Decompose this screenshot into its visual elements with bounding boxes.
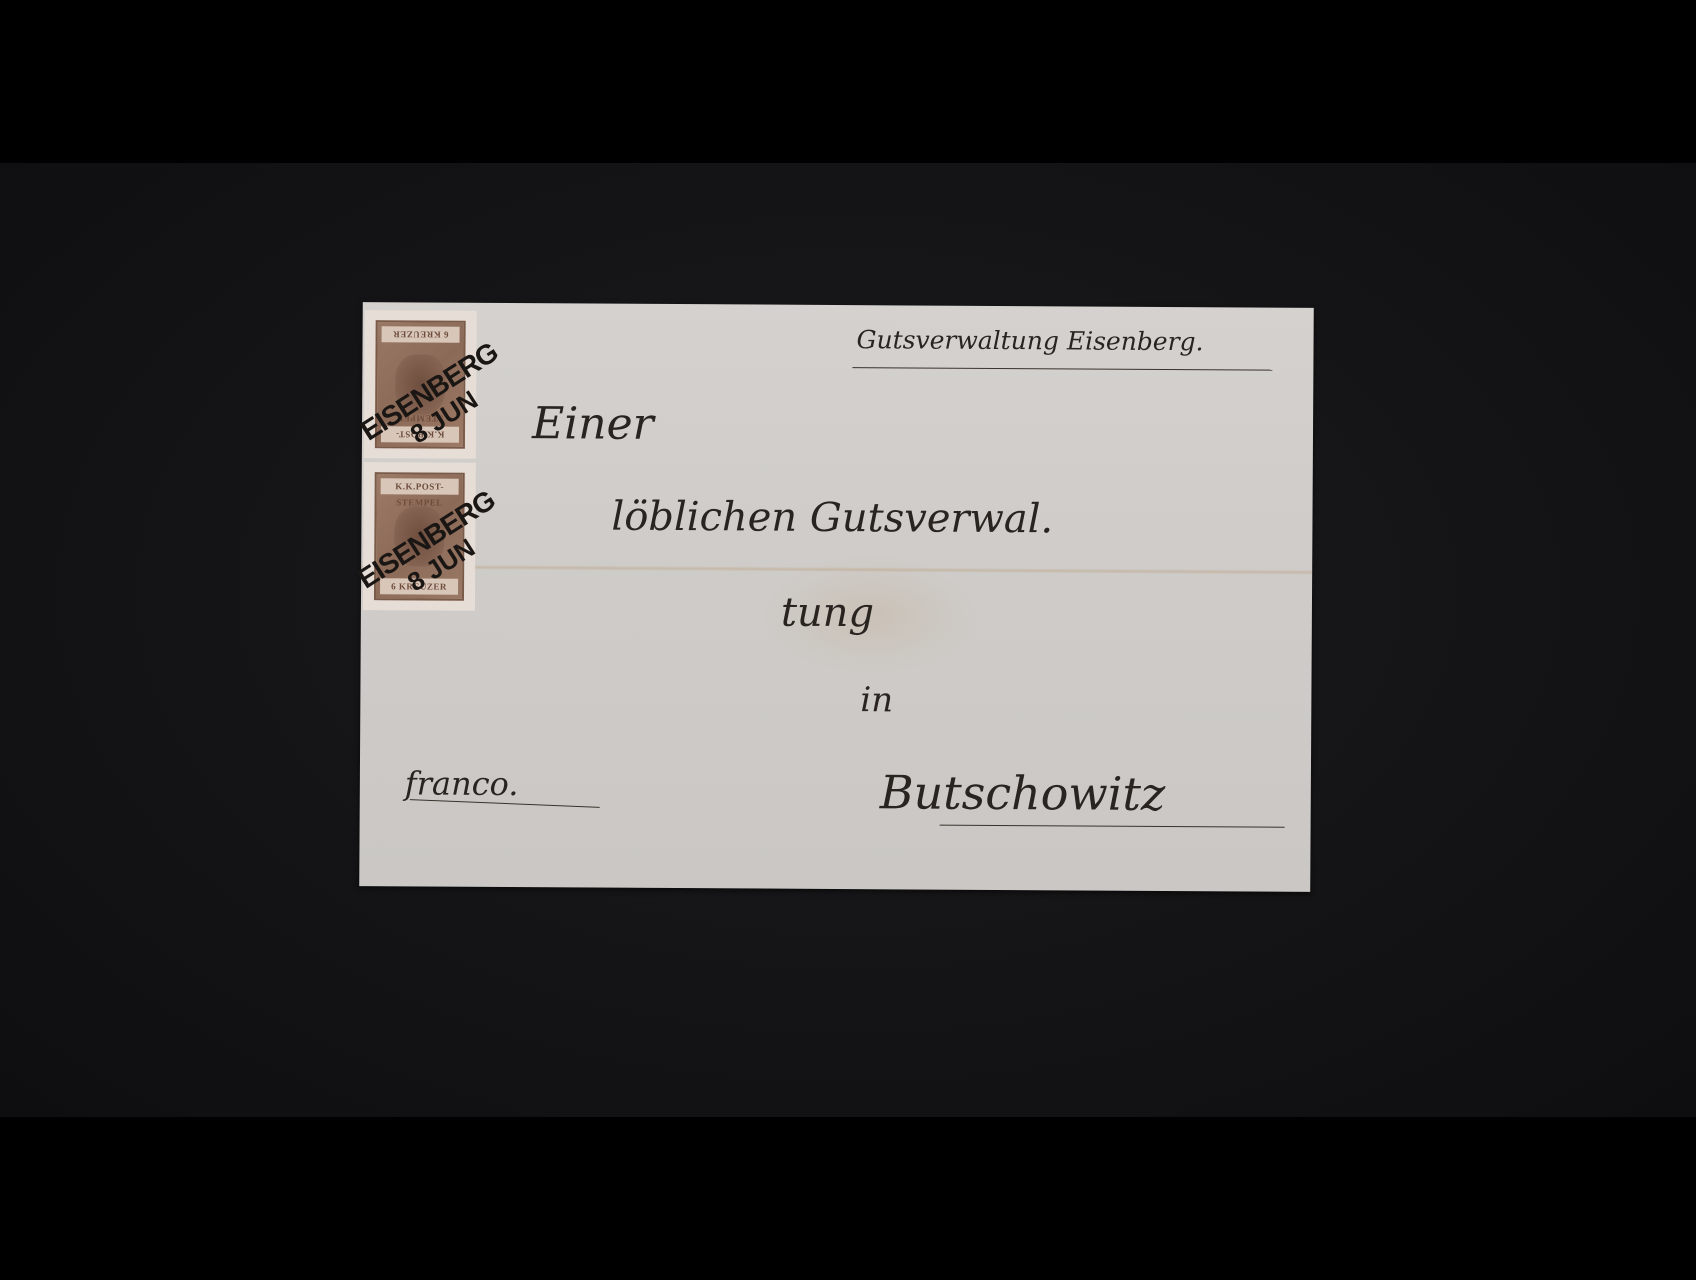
address-line-3: tung	[781, 590, 874, 637]
sender-line: Gutsverwaltung Eisenberg.	[856, 325, 1203, 356]
sender-underline	[852, 367, 1272, 371]
address-line-2: löblichen Gutsverwal.	[611, 494, 1053, 543]
stamp-top-label: K.K.POST-STEMPEL	[381, 478, 459, 494]
address-line-1: Einer	[532, 398, 654, 450]
address-line-4: in	[860, 680, 893, 720]
address-line-5: Butschowitz	[880, 765, 1166, 821]
letter-cover: K.K.POST-STEMPEL 6 KREUZER K.K.POST-STEM…	[359, 302, 1314, 892]
stamp-value-label: 6 KREUZER	[382, 326, 460, 342]
franco-note: franco.	[405, 764, 519, 803]
address-underline	[940, 825, 1285, 828]
